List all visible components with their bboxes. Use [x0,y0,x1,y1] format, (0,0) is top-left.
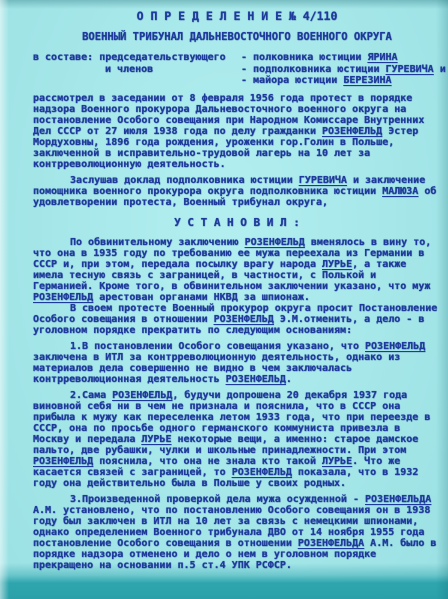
paragraph-accusation: По обвинительному заключению РОЗЕНФЕЛЬД … [33,237,441,303]
document-title: О П Р Е Д Е Л Е Н И Е № 4/110 [33,10,441,22]
composition-names: - полковника юстиции ЯРИНА - подполковни… [241,52,446,87]
ustanovil-heading: У С Т А Н О В И Л : [33,217,441,228]
paragraph-case-considered: рассмотрел в заседании от 8 февраля 1956… [33,93,441,170]
paragraph-report-heard: Заслушав доклад подполковника юстиции ГУ… [33,175,441,208]
paragraph-point-1: 1.В постановлении Особого совещания указ… [33,341,441,385]
composition-members-label: и членов [33,64,241,76]
composition-member-1: - подполковника юстиции ГУРЕВИЧА и [241,64,446,76]
paragraph-point-2: 2.Сама РОЗЕНФЕЛЬД, будучи допрошена 20 д… [33,390,441,489]
tribunal-name: ВОЕННЫЙ ТРИБУНАЛ ДАЛЬНЕВОСТОЧНОГО ВОЕННО… [33,32,441,43]
paragraph-protest: В своем протесте Военный прокурор округа… [33,303,441,336]
composition-roles: в составе: председательствующего и члено… [33,52,241,87]
scanned-document-page: О П Р Е Д Е Л Е Н И Е № 4/110 ВОЕННЫЙ ТР… [0,0,448,599]
composition-chairman: - полковника юстиции ЯРИНА [241,52,446,64]
tribunal-composition: в составе: председательствующего и члено… [33,52,441,87]
composition-member-2: - майора юстиции БЕРЕЗИНА [241,75,446,87]
document-content: О П Р Е Д Е Л Е Н И Е № 4/110 ВОЕННЫЙ ТР… [33,10,441,571]
composition-intro: в составе: председательствующего [33,52,241,64]
paragraph-point-3: 3.Произведенной проверкой дела мужа осуж… [33,494,441,571]
